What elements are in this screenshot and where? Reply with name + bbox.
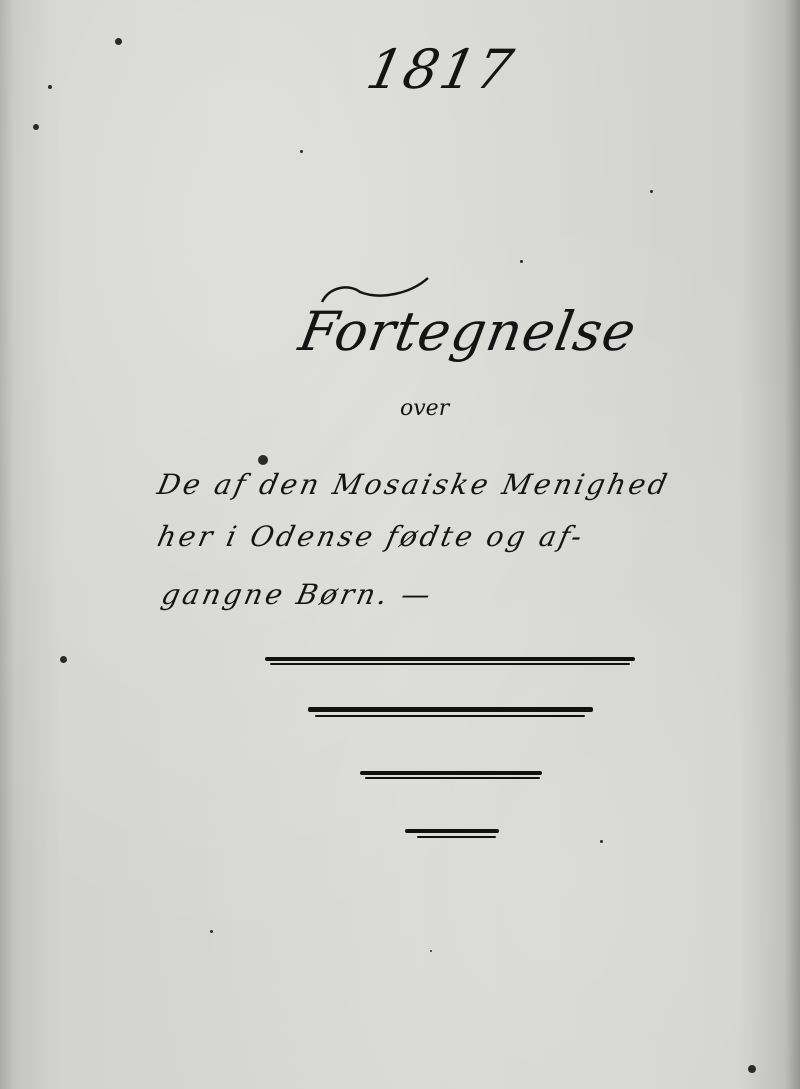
body-line-1: De af den Mosaiske Menighed (154, 468, 672, 501)
decorative-rule-4 (405, 829, 499, 833)
ink-speck (520, 260, 523, 263)
ink-speck (60, 656, 67, 663)
ink-speck (600, 840, 603, 843)
decorative-rule-1-thin (270, 663, 630, 665)
document-year: 1817 (361, 38, 520, 101)
document-page: 1817 Fortegnelse over De af den Mosaiske… (0, 0, 800, 1089)
ink-speck (650, 190, 653, 193)
decorative-rule-3-thin (365, 777, 540, 779)
ink-speck (300, 150, 303, 153)
ink-speck (48, 85, 52, 89)
document-subtitle: over (400, 396, 449, 421)
ink-speck (430, 950, 432, 952)
ink-speck (210, 930, 213, 933)
body-line-3: gangne Børn. — (158, 578, 436, 611)
decorative-rule-1 (265, 657, 635, 661)
document-title: Fortegnelse (294, 300, 641, 363)
ink-speck (33, 124, 39, 130)
ink-speck (115, 38, 122, 45)
decorative-rule-4-thin (417, 836, 496, 838)
decorative-rule-2 (308, 707, 593, 712)
ink-speck (258, 455, 268, 465)
body-line-2: her i Odense fødte og af- (154, 520, 587, 553)
decorative-rule-2-thin (315, 715, 585, 717)
ink-speck (748, 1065, 756, 1073)
decorative-rule-3 (360, 771, 542, 775)
